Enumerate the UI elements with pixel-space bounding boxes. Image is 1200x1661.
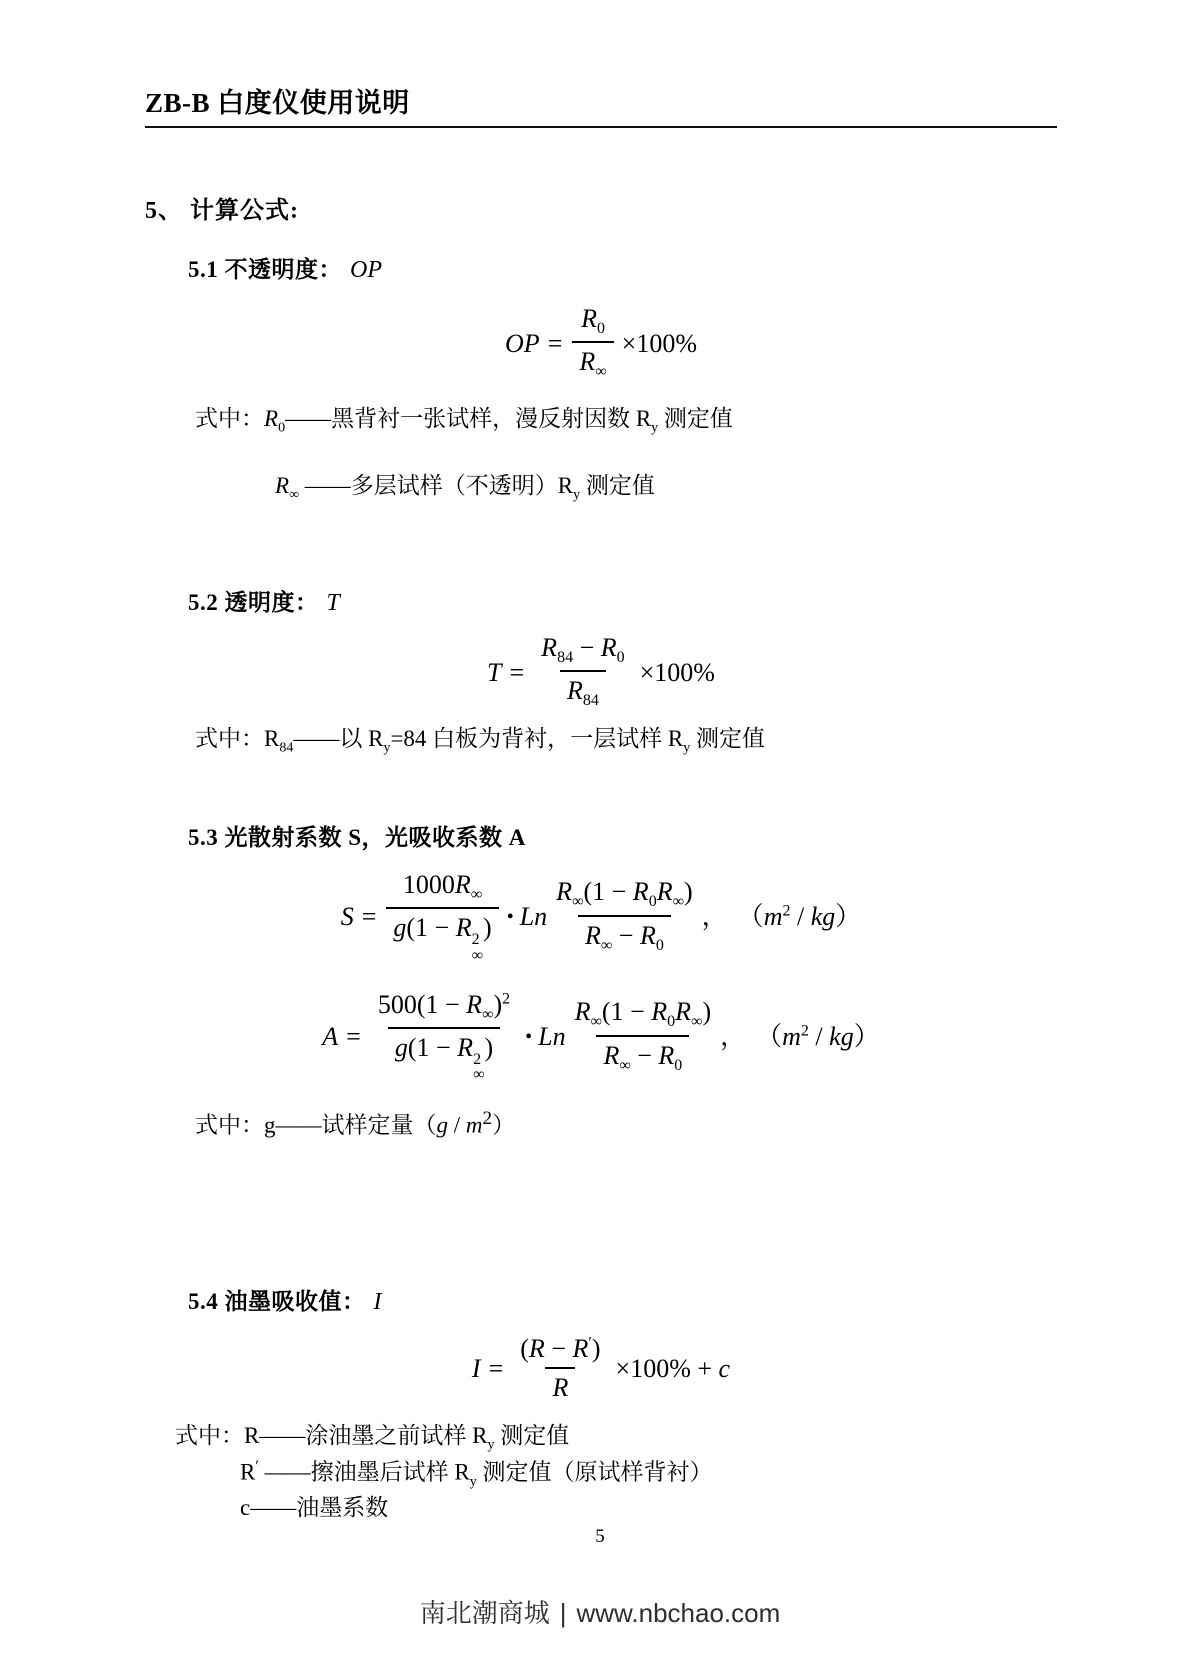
sub-script: ∞ (572, 894, 583, 911)
note-line: c——油墨系数 (145, 1492, 1057, 1525)
var: g (437, 1113, 449, 1138)
text-run: / (809, 1022, 829, 1051)
note-line: R′ ——擦油墨后试样 Ry 测定值（原试样背衬） (145, 1456, 1057, 1492)
var: g (395, 1033, 408, 1062)
note-line: 式中：R84——以 Ry=84 白板为背衬，一层试样 Ry 测定值 (145, 723, 1057, 758)
fraction: 1000R∞ g(1 − R2∞) (386, 868, 498, 966)
sub-script: ∞ (673, 894, 684, 911)
fraction: R∞(1 − R0R∞) R∞ − R0 (568, 995, 718, 1078)
text-run: 式中： (195, 406, 264, 431)
sub-script: 0 (649, 894, 657, 911)
numerator: 1000R∞ (396, 868, 489, 907)
var: R (275, 473, 289, 498)
section-5-4-title: 5.4 油墨吸收值： (188, 1289, 366, 1314)
footer-brand: 南北潮商城 (420, 1598, 550, 1628)
text-run: 油墨系数 (296, 1495, 388, 1520)
page-title: ZB-B 白度仪使用说明 (145, 88, 1057, 128)
formula-tail: ×100% + c (616, 1353, 731, 1384)
var: R (581, 304, 597, 333)
equals-sign: = (362, 901, 377, 932)
operator: − (631, 1041, 659, 1070)
var: R (658, 1041, 674, 1070)
formula-ink-absorption: I = (R − R′) R ×100% + c (145, 1332, 1057, 1406)
var: R (456, 913, 472, 942)
var: R (603, 1041, 619, 1070)
text-run: 涂油墨之前试样 R (305, 1423, 487, 1448)
var: R (556, 877, 572, 906)
sub-script: 0 (278, 420, 285, 435)
sub-script: ∞ (619, 1057, 630, 1074)
sup-sub: 2∞ (473, 1052, 484, 1082)
operator: − (573, 633, 601, 662)
formula-tail: ×100% (622, 328, 697, 359)
text-run: / (448, 1113, 466, 1138)
text-run: (1 − (602, 997, 651, 1026)
var: c (240, 1495, 250, 1520)
sub-script: 0 (597, 320, 605, 337)
denominator: R84 (560, 670, 606, 713)
text-run: 式中： (195, 1113, 264, 1138)
var: kg (811, 902, 836, 931)
sub-script: 0 (656, 937, 664, 954)
formula-lhs: T (487, 657, 501, 688)
fraction: (R − R′) R (513, 1332, 607, 1406)
formula-lhs: A (322, 1021, 338, 1052)
text-run: 测定值（原试样背衬） (477, 1459, 713, 1484)
var: R (457, 1033, 473, 1062)
note-line: 式中：R——涂油墨之前试样 Ry 测定值 (145, 1420, 1057, 1455)
unit: （m2 / kg） (738, 901, 862, 932)
sub-script: ∞ (473, 1067, 484, 1082)
text-run: ) (483, 913, 492, 942)
note-line: R∞ ——多层试样（不透明）Ry 测定值 (145, 470, 1057, 505)
var: kg (829, 1022, 854, 1051)
sub-script: 0 (667, 1013, 675, 1030)
section-5-2-symbol: T (319, 590, 340, 616)
denominator: R∞ (572, 341, 613, 384)
section-5-2-title: 5.2 透明度： (188, 590, 319, 615)
document-header: ZB-B 白度仪使用说明 (145, 88, 1057, 128)
sup-script: 2 (473, 1052, 481, 1067)
var: R (579, 347, 595, 376)
sup-script: 2 (801, 1022, 809, 1039)
note-line: 式中：R0——黑背衬一张试样，漫反射因数 Ry 测定值 (145, 403, 1057, 438)
var: R (567, 676, 583, 705)
denominator: R∞ − R0 (596, 1035, 689, 1078)
comma: ， (720, 1021, 746, 1052)
var: R (529, 1334, 545, 1363)
text-run: 以 R (339, 726, 383, 751)
fraction: R∞(1 − R0R∞) R∞ − R0 (549, 875, 699, 958)
sup-script: 2 (472, 932, 480, 947)
numerator: (R − R′) (513, 1332, 607, 1367)
denominator: g(1 − R2∞) (388, 1027, 500, 1085)
text-run: —— (293, 726, 339, 751)
numerator: R∞(1 − R0R∞) (549, 875, 699, 914)
sub-script: ∞ (691, 1013, 702, 1030)
section-5-4-heading: 5.4 油墨吸收值：I (145, 1283, 1057, 1316)
sub-script: y (470, 1474, 477, 1489)
sub-script: 84 (279, 741, 293, 756)
section-5-1-title: 5.1 不透明度： (188, 257, 342, 282)
var: g (264, 1113, 276, 1138)
text-run: ) (684, 877, 693, 906)
var: R (651, 997, 667, 1026)
equals-sign: = (489, 1353, 504, 1384)
text-run: —— (250, 1495, 296, 1520)
var: R (657, 877, 673, 906)
page-footer: 南北潮商城|www.nbchao.com (0, 1593, 1200, 1630)
formula-tail: ×100% (640, 657, 715, 688)
var: g (393, 913, 406, 942)
text-run: ） (854, 1022, 880, 1051)
text-run: 测定值 (658, 406, 733, 431)
var: R (264, 726, 279, 751)
text-run: ) (592, 1334, 601, 1363)
text-run: (1 − (406, 913, 455, 942)
note-line: 式中：g——试样定量（g / m2） (145, 1105, 1057, 1142)
document-content: ZB-B 白度仪使用说明 5、 计算公式: 5.1 不透明度：OP OP = R… (0, 0, 1200, 1524)
sub-script: ∞ (289, 488, 299, 503)
text-run: —— (285, 406, 331, 431)
var: R (240, 1459, 255, 1484)
formula-lhs: OP (505, 328, 540, 359)
numerator: R∞(1 − R0R∞) (568, 995, 718, 1034)
sub-script: ∞ (471, 886, 482, 903)
var: R (575, 997, 591, 1026)
sup-script: 2 (502, 990, 510, 1007)
var: R (541, 633, 557, 662)
sub-script: 0 (674, 1057, 682, 1074)
text-run: —— (259, 1423, 305, 1448)
var: R (585, 921, 601, 950)
text-run: ( (520, 1334, 529, 1363)
formula-transparency: T = R84 − R0 R84 ×100% (145, 631, 1057, 714)
denominator: R∞ − R0 (578, 915, 671, 958)
multiplication-dot: • (507, 905, 514, 929)
text-run: ） (835, 902, 861, 931)
text-run: 擦油墨后试样 R (311, 1459, 470, 1484)
sub-script: ∞ (472, 948, 483, 963)
var: c (719, 1354, 731, 1383)
text-run: 测定值 (494, 1423, 569, 1448)
comma: ， (702, 901, 728, 932)
text-run: 式中： (195, 726, 264, 751)
fraction: R0 R∞ (572, 302, 613, 385)
var: m (466, 1113, 483, 1138)
var: R (633, 877, 649, 906)
equals-sign: = (510, 657, 525, 688)
fraction: 500(1 − R∞)2 g(1 − R2∞) (371, 988, 517, 1086)
text-run: （ (756, 1022, 782, 1051)
var: R (572, 1334, 588, 1363)
section-5-1-heading: 5.1 不透明度：OP (145, 251, 1057, 284)
sub-script: 0 (617, 649, 625, 666)
text-run: ) (493, 990, 502, 1019)
document-page: ZB-B 白度仪使用说明 5、 计算公式: 5.1 不透明度：OP OP = R… (0, 0, 1200, 1661)
var: R (675, 997, 691, 1026)
ln-operator: Ln (520, 901, 547, 932)
coef: 500 (378, 990, 417, 1019)
fraction: R84 − R0 R84 (534, 631, 631, 714)
formula-lhs: S (341, 901, 354, 932)
operator: − (545, 1334, 573, 1363)
text-run: ) (484, 1033, 493, 1062)
text-run: 测定值 (580, 473, 655, 498)
footer-url: www.nbchao.com (577, 1598, 781, 1628)
text-run: —— (276, 1113, 322, 1138)
coef: 1000 (403, 870, 455, 899)
sup-script: 2 (483, 1108, 493, 1129)
text-run: —— (299, 473, 351, 498)
text-run: / (790, 902, 810, 931)
sub-script: 84 (557, 649, 573, 666)
footer-separator: | (560, 1598, 567, 1628)
text-run: 式中： (175, 1423, 244, 1448)
page-number: 5 (0, 1526, 1200, 1548)
text-run: 试样定量（ (322, 1113, 437, 1138)
sub-script: 84 (583, 692, 599, 709)
var: R (552, 1373, 568, 1402)
sub-script: ∞ (601, 937, 612, 954)
equals-sign: = (548, 328, 563, 359)
unit: （m2 / kg） (756, 1021, 880, 1052)
text-run: —— (259, 1459, 311, 1484)
sup-sub: 2∞ (472, 932, 483, 962)
formula-lhs: I (472, 1353, 481, 1384)
var: m (764, 902, 783, 931)
var: R (455, 870, 471, 899)
ln-operator: Ln (538, 1021, 565, 1052)
text-run: (1 − (583, 877, 632, 906)
sub-script: ∞ (595, 364, 606, 381)
text-run: ×100% + (616, 1354, 719, 1383)
section-5-1-symbol: OP (342, 257, 382, 283)
var: m (782, 1022, 801, 1051)
text-run: 黑背衬一张试样，漫反射因数 R (331, 406, 651, 431)
numerator: R84 − R0 (534, 631, 631, 670)
var: R (264, 406, 278, 431)
text-run: （ (738, 902, 764, 931)
multiplication-dot: • (525, 1025, 532, 1049)
text-run: 多层试样（不透明）R (351, 473, 573, 498)
text-run: ） (492, 1113, 515, 1138)
sub-script: ∞ (591, 1013, 602, 1030)
denominator: R (545, 1367, 575, 1406)
formula-opacity: OP = R0 R∞ ×100% (145, 302, 1057, 385)
formula-scattering: S = 1000R∞ g(1 − R2∞) • Ln R∞(1 − R0R∞) … (145, 868, 1057, 966)
sub-script: ∞ (482, 1006, 493, 1023)
section-5-heading: 5、 计算公式: (145, 190, 1057, 225)
equals-sign: = (346, 1021, 361, 1052)
section-5-3-heading: 5.3 光散射系数 S，光吸收系数 A (145, 819, 1057, 852)
section-5-2-heading: 5.2 透明度：T (145, 584, 1057, 617)
text-run: 测定值 (690, 726, 765, 751)
operator: − (612, 921, 640, 950)
text-run: (1 − (417, 990, 466, 1019)
var: R (640, 921, 656, 950)
formula-absorption-coef: A = 500(1 − R∞)2 g(1 − R2∞) • Ln R∞(1 − … (145, 988, 1057, 1086)
section-5-4-symbol: I (366, 1289, 382, 1315)
denominator: g(1 − R2∞) (386, 907, 498, 965)
text-run: =84 白板为背衬，一层试样 R (390, 726, 683, 751)
var: R (601, 633, 617, 662)
numerator: R0 (574, 302, 612, 341)
text-run: ) (702, 997, 711, 1026)
var: R (244, 1423, 259, 1448)
text-run: (1 − (408, 1033, 457, 1062)
numerator: 500(1 − R∞)2 (371, 988, 517, 1027)
var: R (466, 990, 482, 1019)
